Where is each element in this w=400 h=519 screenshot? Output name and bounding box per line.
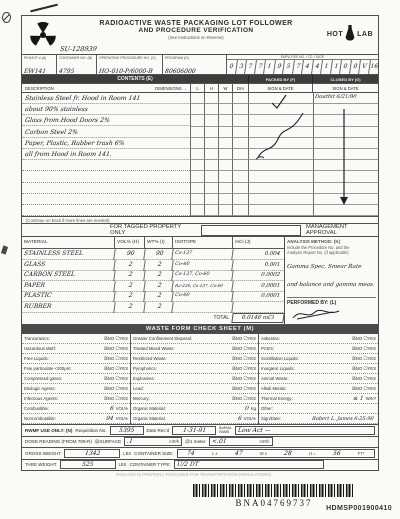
transportation-note: PACKAGE IS PROPERLY PACKAGED FOR TRANSPO…: [21, 471, 379, 478]
contents-rows: Stainless Steel fr. Hood in Room 141 abo…: [21, 92, 379, 217]
analysis-method-entry-1: Gamma Spec, Smear Rate: [287, 264, 362, 270]
program-field: PROGRAM (D) 80606000: [162, 55, 226, 74]
one-meter-dose-box: <.01 mR/h: [209, 437, 273, 446]
wt-header: WT% (I): [144, 237, 172, 249]
requisition-value: 5395: [118, 427, 134, 434]
check-answer: Kg: [251, 406, 256, 411]
contents-band-label: CONTENTS (E): [22, 75, 248, 83]
check-answer: ☒NO ☐YES: [104, 386, 128, 392]
check-label: Animal Waste:: [261, 376, 289, 381]
handwritten-corner-stroke: [30, 4, 58, 12]
check-answer: ☒NO ☐YES: [232, 356, 256, 362]
check-item: Free Liquids:☒NO ☐YES: [22, 354, 130, 364]
handwritten-reference-number: SU-128939: [59, 45, 97, 53]
dimensions-label: DIMENSIONS →: [155, 86, 187, 91]
container-height-value: 28: [284, 450, 293, 457]
check-item: Asbestos:☒NO ☐YES: [259, 334, 378, 344]
width-header: W: [218, 84, 232, 92]
scanned-form-page: RADIOACTIVE WASTE PACKAGING LOT FOLLOWER…: [0, 0, 400, 519]
vol-value: 2: [113, 270, 144, 281]
surface-dose-value: .1: [127, 438, 134, 445]
check-item: Lead:☒NO ☐YES: [131, 384, 258, 394]
pkg-kit-value: EW141: [24, 68, 47, 75]
contents-row: [22, 205, 378, 216]
total-value: 0.0146 mCi: [232, 313, 285, 323]
tare-weight-value: 525: [81, 461, 93, 468]
check-answer: ☒NO ☐YES: [104, 356, 128, 362]
contents-row: Glass from Hood Doors 2%: [22, 115, 378, 126]
digit-box-row: 0 3 7 7 1 9 5 7 4 4 1 1 0 0 V 16: [227, 60, 378, 74]
isotope-value: Ra-226, Cs-137, Co-60: [171, 281, 232, 292]
burial-value: Low Act —: [237, 427, 271, 434]
height-header: H: [204, 84, 218, 92]
check-value: 94: [106, 416, 114, 422]
length-separator: L x: [212, 451, 217, 456]
burial-box: Low Act —: [235, 426, 375, 435]
contents-row: Carbon Steel 2%: [22, 127, 378, 138]
gross-weight-value: 1342: [84, 450, 100, 457]
contents-row: [22, 171, 378, 182]
description-label: DESCRIPTION: [25, 86, 54, 91]
volume-unit: FT³: [358, 451, 365, 456]
check-label: Combustible:: [24, 406, 49, 411]
mci-value: 0.0002: [231, 270, 284, 281]
check-label: Greater Confinement Disposal:: [133, 336, 192, 341]
description-text: about 90% stainless: [21, 104, 191, 115]
material-name: STAINLESS STEEL: [21, 249, 114, 260]
check-item: Noncombustible:94VOL%: [22, 414, 130, 424]
check-label: Treated Mixed Waste:: [133, 346, 175, 351]
mci-value: 0.001: [231, 260, 284, 271]
material-name: RUBBER: [21, 302, 114, 313]
check-column-2: Greater Confinement Disposal:☒NO ☐YES Tr…: [130, 334, 258, 424]
contents-row: all from Hood in Room 141.: [22, 149, 378, 160]
check-answer: ☒NO ☐YES: [352, 366, 376, 372]
gross-weight-box: 1342: [64, 449, 120, 458]
check-answer: ☒NO ☐YES: [232, 336, 256, 342]
description-text: all from Hood in Room 141.: [21, 149, 191, 160]
check-label: Scintillation Liquids:: [261, 356, 299, 361]
gross-weight-unit: LBS: [123, 451, 131, 456]
material-header: MATERIAL: [22, 237, 114, 249]
check-label: Restricted Waste:: [133, 356, 167, 361]
height-separator: H =: [309, 451, 316, 456]
check-item: Etiologic Agents:☒NO ☐YES: [22, 384, 130, 394]
check-label: Organic Material:: [133, 416, 166, 421]
check-label: Organic Material:: [133, 406, 166, 411]
wt-value: 2: [143, 270, 172, 281]
analysis-method-header: ANALYSIS METHOD: (K): [287, 239, 376, 244]
check-value: 0: [245, 406, 250, 412]
check-answer: ☒NO ☐YES: [232, 396, 256, 402]
check-item: Restricted Waste:☒NO ☐YES: [131, 354, 258, 364]
tare-weight-label: TARE WEIGHT: [25, 462, 57, 467]
mci-value: [231, 302, 284, 313]
packed-by-label: PACKED BY (F): [248, 75, 312, 83]
pkg-kit-field: PKG/KIT # (A) EW141: [22, 55, 56, 74]
contents-band: CONTENTS (E) PACKED BY (F) CLOSED BY (G): [21, 74, 379, 84]
check-item: Infectious Agents:☒NO ☐YES: [22, 394, 130, 404]
sign-date-header-f: SIGN & DATE: [248, 84, 312, 92]
analysis-note-2: Analysis Report No. (if applicable): [287, 250, 376, 255]
description-text: Paper, Plastic, Rubber trash 6%: [21, 138, 191, 149]
container-length-value: 74: [187, 450, 196, 457]
one-meter-label: @1 meter: [185, 439, 205, 444]
check-answer: ☒NO ☐YES: [352, 376, 376, 382]
check-label: Noncombustible:: [24, 416, 56, 421]
surface-dose-unit: mR/h: [169, 439, 179, 444]
closed-by-signature-date: Douthit 6/21/90: [315, 94, 357, 100]
check-item: Treated Mixed Waste:☒NO ☐YES: [131, 344, 258, 354]
gross-weight-row: GROSS WEIGHT 1342 LBS CONTAINER SIZE: 74…: [21, 447, 379, 460]
vol-value: 90: [113, 249, 144, 260]
check-item: Inorganic Liquids:☒NO ☐YES: [259, 364, 378, 374]
description-header: DESCRIPTION DIMENSIONS →: [22, 84, 190, 92]
performed-by-label: PERFORMED BY: (L): [287, 297, 376, 306]
gross-weight-label: GROSS WEIGHT: [25, 451, 61, 456]
check-label: Asbestos:: [261, 336, 280, 341]
check-item: Mercury:☒NO ☐YES: [131, 394, 258, 404]
requisition-label: Requisition No.: [75, 428, 106, 433]
sign-date-header-g: SIGN & DATE: [312, 84, 378, 92]
material-name: PLASTIC: [21, 291, 114, 302]
check-value: 6: [109, 406, 114, 412]
hot-lab-icon: [345, 25, 355, 43]
check-column-1: Transuranics:☒NO ☐YES Hazardous Mat'l:☒N…: [22, 334, 130, 424]
date-recd-value: 1-31-91: [182, 427, 206, 434]
description-text: Carbon Steel 2%: [21, 127, 191, 138]
tagged-property-label: FOR TAGGED PROPERTY ONLY: [110, 224, 196, 236]
check-item: Thermal Energy:≤ 1W/m³: [259, 394, 378, 404]
check-label: Free Liquids:: [24, 356, 49, 361]
width-separator: W x: [260, 451, 267, 456]
check-label: Compressed gases:: [24, 376, 62, 381]
one-meter-dose-unit: mR/h: [259, 439, 269, 444]
check-value: ≤ 1: [353, 396, 364, 402]
check-label: Sign/Date:: [261, 416, 281, 421]
wt-value: 2: [143, 302, 172, 313]
material-name: CARBON STEEL: [21, 270, 114, 281]
mci-value: 0.004: [231, 249, 284, 260]
check-label: Lead:: [133, 386, 144, 391]
hot-label: HOT: [327, 31, 343, 38]
surface-dose-box: .1 mR/h: [124, 437, 182, 446]
contents-row: [22, 183, 378, 194]
operating-procedure-label: OPERATING PROCEDURE NO. (C): [99, 56, 161, 60]
tare-weight-box: 525: [60, 460, 116, 469]
description-text: Glass from Hood Doors 2%: [21, 115, 191, 126]
material-row: RUBBER 2 2: [22, 302, 284, 313]
material-row: CARBON STEEL 2 2 Cs-137, Co-60 0.0002: [22, 270, 284, 281]
container-width-value: 47: [234, 450, 243, 457]
mci-value: 0.0001: [231, 291, 284, 302]
check-answer: VOL%: [116, 406, 128, 411]
check-label: Alkali Metals:: [261, 386, 286, 391]
contents-row: [22, 194, 378, 205]
burial-label-line2: RAMS: [219, 430, 232, 434]
mci-header: mCi (J): [232, 237, 284, 249]
materials-header-row: MATERIAL VOL% (H) WT% (I) ISOTOPE mCi (J…: [22, 237, 284, 249]
isotope-value: [171, 302, 232, 313]
waste-packaging-form: RADIOACTIVE WASTE PACKAGING LOT FOLLOWER…: [21, 16, 379, 478]
vol-value: 2: [113, 281, 144, 292]
check-label: Inorganic Liquids:: [261, 366, 295, 371]
container-size-label: CONTAINER SIZE:: [134, 451, 173, 456]
container-volume-value: 56: [332, 450, 341, 457]
check-item: Combustible:6VOL%: [22, 404, 130, 414]
tare-weight-row: TARE WEIGHT 525 LBS CONTAINER TYPE: U/2 …: [21, 459, 379, 472]
container-size-box: 74 L x 47 W x 28 H = 56 FT³: [177, 449, 375, 458]
requisition-box: 5395: [110, 426, 144, 435]
check-answer: ☒NO ☐YES: [352, 386, 376, 392]
check-answer: ☒NO ☐YES: [104, 396, 128, 402]
length-header: L: [190, 84, 204, 92]
title-line-1: RADIOACTIVE WASTE PACKAGING LOT FOLLOWER: [72, 20, 320, 27]
check-item: Other:: [259, 404, 378, 414]
check-value: 6: [237, 416, 242, 422]
check-item: Greater Confinement Disposal:☒NO ☐YES: [131, 334, 258, 344]
contents-row: [22, 160, 378, 171]
material-row: PAPER 2 2 Ra-226, Cs-137, Co-60 0.0001: [22, 281, 284, 292]
wt-value: 2: [143, 281, 172, 292]
wt-value: 2: [143, 291, 172, 302]
total-label: TOTAL: [171, 315, 232, 321]
check-item: Pyrophorics:☒NO ☐YES: [131, 364, 258, 374]
date-recd-box: 1-31-91: [172, 426, 216, 435]
check-label: Infectious Agents:: [24, 396, 58, 401]
management-approval-label: MANAGEMENT APPROVAL: [306, 224, 378, 236]
closed-by-label: CLOSED BY (G): [312, 75, 378, 83]
program-value: 80606000: [165, 68, 197, 75]
lab-label: LAB: [357, 31, 373, 38]
check-answer: ☒NO ☐YES: [232, 386, 256, 392]
waste-form-check-sheet: Transuranics:☒NO ☐YES Hazardous Mat'l:☒N…: [21, 333, 379, 425]
dia-header: DIA: [232, 84, 248, 92]
contents-row: about 90% stainless: [22, 104, 378, 115]
digit-box: 16: [368, 60, 379, 74]
check-label: Mercury:: [133, 396, 150, 401]
check-item: Organic Material:0Kg: [131, 404, 258, 414]
check-answer: ☒NO ☐YES: [232, 346, 256, 352]
check-item-sign-date: Sign/Date:Robert L. James 6-25-90: [259, 414, 378, 424]
check-answer: ☒NO ☐YES: [104, 366, 128, 372]
check-item: Transuranics:☒NO ☐YES: [22, 334, 130, 344]
container-no-label: CONTAINER NO. (B): [59, 56, 95, 60]
mci-value: 0.0001: [231, 281, 284, 292]
operating-procedure-field: OPERATING PROCEDURE NO. (C) HO-010-P/600…: [96, 55, 162, 74]
tare-weight-unit: LBS: [119, 462, 127, 467]
tagged-property-box: [201, 225, 301, 236]
check-label: Other:: [261, 406, 273, 411]
check-answer: VOL%: [244, 416, 256, 421]
check-item: Compressed gases:☒NO ☐YES: [22, 374, 130, 384]
identification-row: PKG/KIT # (A) EW141 CONTAINER NO. (B) 47…: [21, 54, 379, 75]
digit-boxes: EMPLOYEE NO. / CO. / DATE 0 3 7 7 1 9 5 …: [226, 55, 378, 74]
check-item: Hazardous Mat'l:☒NO ☐YES: [22, 344, 130, 354]
wt-value: 90: [143, 249, 172, 260]
operating-procedure-value: HO-010-P/6000-B: [99, 68, 154, 75]
check-label: Etiologic Agents:: [24, 386, 56, 391]
material-row: PLASTIC 2 2 Co-60 0.0001: [22, 291, 284, 302]
title-line-2: AND PROCEDURE VERIFICATION: [72, 27, 320, 34]
check-item: Alkali Metals:☒NO ☐YES: [259, 384, 378, 394]
container-type-value: U/2 DT: [176, 461, 199, 468]
check-label: PCB's:: [261, 346, 274, 351]
check-label: Thermal Energy:: [261, 396, 293, 401]
isotope-value: Co-60: [171, 291, 232, 302]
burial-label: BURIAL RAMS: [219, 426, 232, 434]
pkg-kit-label: PKG/KIT # (A): [24, 56, 55, 60]
vol-value: 2: [113, 260, 144, 271]
title-subtitle: (See Instructions on Reverse): [72, 35, 320, 40]
check-item: Organic Material:6VOL%: [131, 414, 258, 424]
check-answer: ☒NO ☐YES: [232, 376, 256, 382]
vol-value: 2: [113, 302, 144, 313]
check-answer: ☒NO ☐YES: [104, 336, 128, 342]
margin-mark: [2, 12, 11, 23]
tagged-property-row: FOR TAGGED PROPERTY ONLY MANAGEMENT APPR…: [21, 223, 379, 237]
analysis-method-entry-2: and balance and gamma meas.: [287, 282, 376, 288]
margin-mark: [1, 245, 8, 254]
check-answer: ☒NO ☐YES: [352, 346, 376, 352]
check-label: Hazardous Mat'l:: [24, 346, 56, 351]
check-answer: ☒NO ☐YES: [232, 366, 256, 372]
container-type-box: U/2 DT: [174, 460, 324, 469]
container-no-field: CONTAINER NO. (B) 4795: [56, 55, 96, 74]
radiation-symbol-icon: [29, 21, 57, 49]
description-text: Stainless Steel fr. Hood in Room 141: [21, 93, 191, 104]
form-header: RADIOACTIVE WASTE PACKAGING LOT FOLLOWER…: [21, 15, 379, 55]
check-label: Transuranics:: [24, 336, 50, 341]
hot-lab-stamp: HOT LAB: [327, 25, 373, 43]
date-recd-label: Date Rec'd: [147, 428, 170, 433]
performed-by-signature: [287, 306, 357, 322]
form-title: RADIOACTIVE WASTE PACKAGING LOT FOLLOWER…: [72, 20, 320, 40]
check-label: Fine particulate <200μm:: [24, 366, 72, 371]
total-row: TOTAL 0.0146 mCi: [22, 312, 284, 323]
material-row: GLASS 2 2 Co-60 0.001: [22, 260, 284, 271]
rwmf-label: RWMF USE ONLY: (N): [25, 428, 72, 433]
isotope-value: Co-60: [171, 260, 232, 271]
check-label: Pyrophorics:: [133, 366, 157, 371]
material-row: STAINLESS STEEL 90 90 Cs-137 0.004: [22, 249, 284, 260]
check-answer: ☒NO ☐YES: [352, 356, 376, 362]
check-answer: ☒NO ☐YES: [104, 376, 128, 382]
check-answer: W/m³: [366, 396, 376, 401]
check-label: Explosives:: [133, 376, 155, 381]
materials-columns: MATERIAL VOL% (H) WT% (I) ISOTOPE mCi (J…: [22, 237, 284, 324]
material-name: GLASS: [21, 260, 114, 271]
dose-reading-label: DOSE READING (FROM 708-R): [25, 439, 92, 444]
contents-row: Paper, Plastic, Rubber trash 6%: [22, 138, 378, 149]
sign-date-value: Robert L. James 6-25-90: [312, 416, 374, 422]
vol-value: 2: [113, 291, 144, 302]
materials-table: MATERIAL VOL% (H) WT% (I) ISOTOPE mCi (J…: [21, 236, 379, 325]
surface-label: @SURFACE: [95, 439, 121, 444]
check-answer: ☒NO ☐YES: [352, 336, 376, 342]
isotope-value: Cs-137, Co-60: [171, 270, 232, 281]
wt-value: 2: [143, 260, 172, 271]
vol-header: VOL% (H): [114, 237, 144, 249]
document-number: HDMSP001900410: [326, 505, 392, 512]
check-item: Scintillation Liquids:☒NO ☐YES: [259, 354, 378, 364]
isotope-header: ISOTOPE: [172, 237, 232, 249]
analysis-method-cell: ANALYSIS METHOD: (K) Include the Procedu…: [284, 237, 378, 324]
check-answer: ☒NO ☐YES: [104, 346, 128, 352]
check-item: PCB's:☒NO ☐YES: [259, 344, 378, 354]
check-item: Explosives:☒NO ☐YES: [131, 374, 258, 384]
barcode: [193, 484, 353, 497]
container-no-value: 4795: [59, 68, 75, 75]
material-name: PAPER: [21, 281, 114, 292]
check-item: Animal Waste:☒NO ☐YES: [259, 374, 378, 384]
container-type-label: CONTAINER TYPE:: [129, 462, 170, 467]
check-column-3: Asbestos:☒NO ☐YES PCB's:☒NO ☐YES Scintil…: [258, 334, 378, 424]
check-answer: VOL%: [116, 416, 128, 421]
one-meter-dose-value: <.01: [211, 438, 227, 445]
program-label: PROGRAM (D): [165, 56, 225, 60]
isotope-value: Cs-137: [171, 249, 232, 260]
check-item: Fine particulate <200μm:☒NO ☐YES: [22, 364, 130, 374]
